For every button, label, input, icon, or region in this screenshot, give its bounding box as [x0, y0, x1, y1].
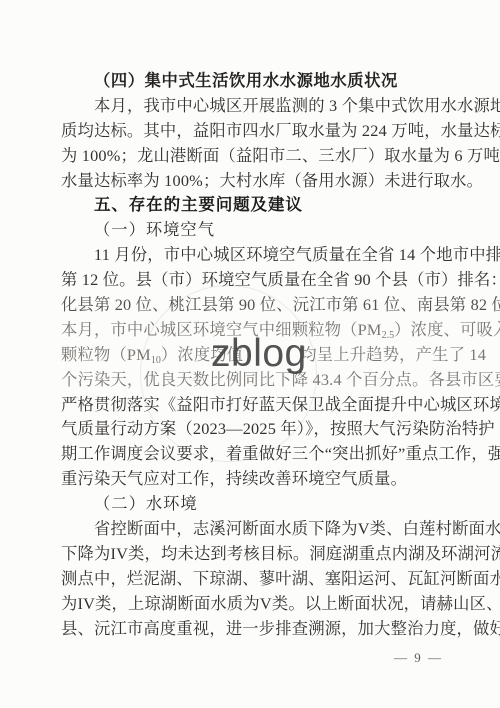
pm10-subscript: 10 [151, 355, 161, 366]
subsection-heading-water-environment: （二）水环境 [61, 492, 443, 517]
paragraph-line: 化县第 20 位、桃江县第 90 位、沅江市第 61 位、南县第 82 位。 [61, 293, 443, 318]
page-number: — 9 — [0, 650, 443, 666]
paragraph-line: 本月，我市中心城区开展监测的 3 个集中式饮用水水源地水 [61, 94, 443, 119]
paragraph-line: 水量达标率为 100%；大村水库（备用水源）未进行取水。 [61, 169, 443, 194]
paragraph-line: 为 100%；龙山港断面（益阳市二、三水厂）取水量为 6 万吨， [61, 144, 443, 169]
section-heading-problems-suggestions: 五、存在的主要问题及建议 [61, 193, 443, 218]
pm25-subscript: 2.5 [382, 330, 395, 341]
paragraph-line: 11 月份，市中心城区环境空气质量在全省 14 个地市中排名 [61, 243, 443, 268]
document-page: （四）集中式生活饮用水水源地水质状况 本月，我市中心城区开展监测的 3 个集中式… [0, 0, 500, 708]
paragraph-line: 期工作调度会议要求，着重做好三个“突出抓好”重点工作，强化 [61, 442, 443, 467]
paragraph-line: 县、沅江市高度重视，进一步排查溯源，加大整治力度，做好枯 [61, 617, 443, 642]
paragraph-line: 省控断面中，志溪河断面水质下降为V类、白莲村断面水质 [61, 517, 443, 542]
paragraph-line: 严格贯彻落实《益阳市打好蓝天保卫战全面提升中心城区环境空 [61, 393, 443, 418]
paragraph-line: 测点中，烂泥湖、下琼湖、蓼叶湖、塞阳运河、瓦缸河断面水质 [61, 567, 443, 592]
pm10-text-before: 颗粒物（PM [61, 345, 151, 364]
paragraph-line: 下降为IV类，均未达到考核目标。洞庭湖重点内湖及环湖河流监 [61, 542, 443, 567]
pm10-text-after: 均呈上升趋势，产生了 14 [300, 345, 486, 364]
paragraph-line: 第 12 位。县（市）环境空气质量在全省 90 个县（市）排名：安 [61, 268, 443, 293]
paragraph-line: 重污染天气应对工作，持续改善环境空气质量。 [61, 467, 443, 492]
subsection-heading-ambient-air: （一）环境空气 [61, 218, 443, 243]
section-heading-drinking-water: （四）集中式生活饮用水水源地水质状况 [61, 69, 443, 94]
paragraph-line: 质均达标。其中，益阳市四水厂取水量为 224 万吨，水量达标率 [61, 119, 443, 144]
pm25-text-after: ）浓度、可吸入 [394, 320, 500, 339]
paragraph-line: 为IV类，上琼湖断面水质为V类。以上断面状况，请赫山区、南 [61, 592, 443, 617]
paragraph-line: 气质量行动方案（2023—2025 年）》，按照大气污染防治特护 [61, 417, 443, 442]
zblog-watermark: zblog [211, 331, 307, 377]
